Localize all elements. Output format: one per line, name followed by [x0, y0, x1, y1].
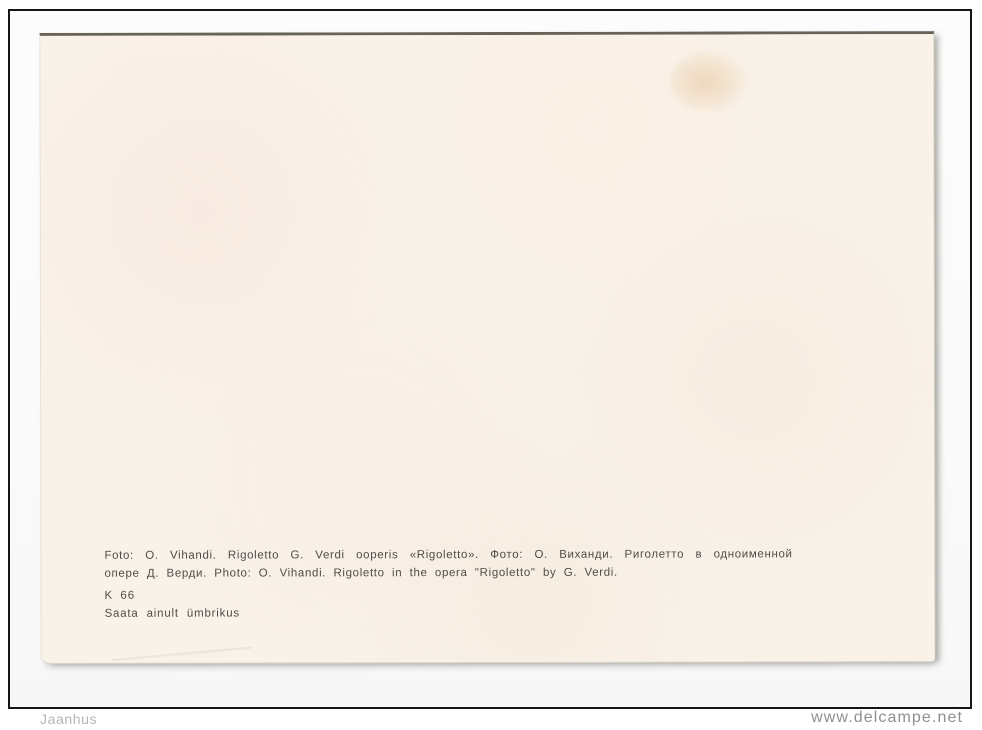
watermark-jaanhus: Jaanhus: [40, 711, 97, 727]
watermark-delcampe: www.delcampe.net: [811, 709, 963, 727]
scanned-postcard-listing-image: Foto: O. Vihandi. Rigoletto G. Verdi oop…: [0, 0, 982, 730]
scan-border-frame: Foto: O. Vihandi. Rigoletto G. Verdi oop…: [8, 9, 972, 709]
caption-line-2: опере Д. Верди. Photo: O. Vihandi. Rigol…: [104, 566, 792, 580]
envelope-only-note: Saata ainult ümbrikus: [105, 606, 793, 620]
corner-crease: [112, 646, 252, 660]
caption-line-1: Foto: O. Vihandi. Rigoletto G. Verdi oop…: [104, 548, 792, 562]
stain-mark: [670, 50, 746, 112]
postcard-back: Foto: O. Vihandi. Rigoletto G. Verdi oop…: [39, 31, 935, 664]
caption-block: Foto: O. Vihandi. Rigoletto G. Verdi oop…: [104, 548, 792, 620]
catalog-number: K 66: [105, 588, 793, 602]
